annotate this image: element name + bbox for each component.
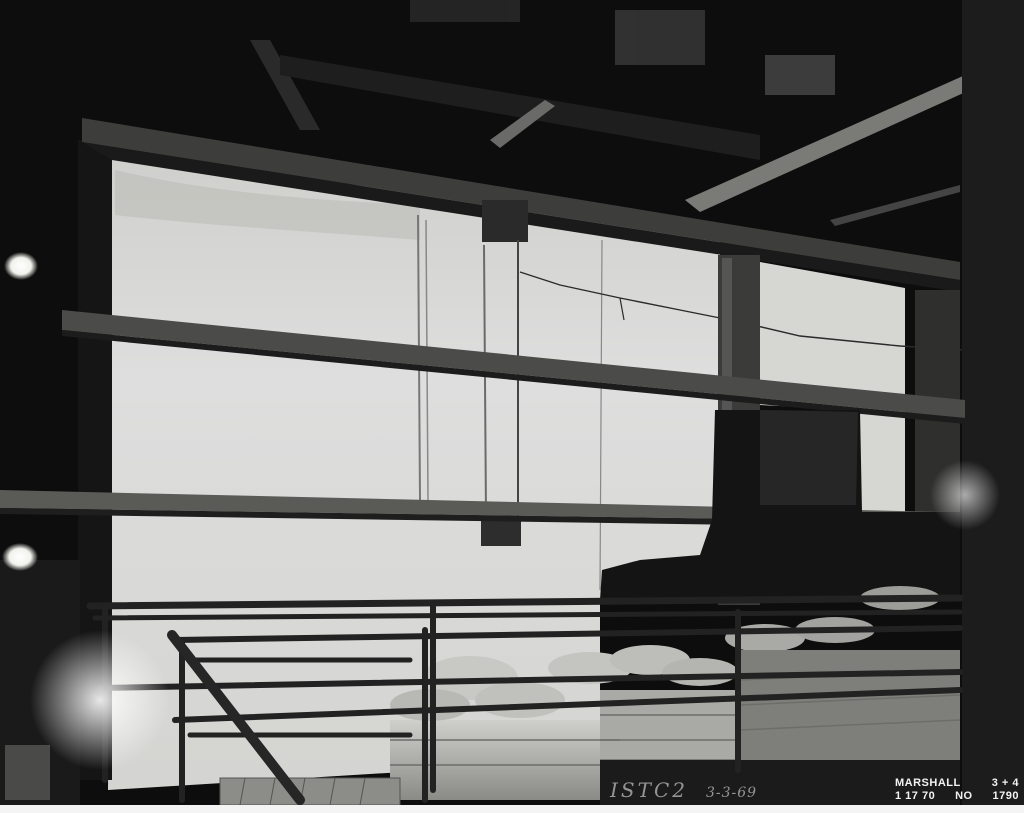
actuator	[482, 200, 528, 242]
lamp-upper	[4, 252, 38, 280]
load-cell	[481, 518, 521, 546]
photo-caption: MARSHALL 3 + 4 1 17 70 NO 1790	[895, 777, 1019, 803]
caption-date: 1 17 70	[895, 790, 935, 803]
right-column	[962, 0, 1024, 805]
caption-number: 1790	[993, 790, 1019, 803]
chalk-marking: ISTC23-3-69	[610, 778, 757, 802]
chalk-date: 3-3-69	[706, 785, 757, 801]
photo-scene	[0, 0, 1024, 805]
chalk-code: ISTC2	[610, 778, 688, 802]
print-border	[0, 805, 1024, 813]
caption-sheet: 3 + 4	[992, 777, 1019, 790]
floor	[220, 778, 400, 805]
caption-no-label: NO	[955, 790, 973, 803]
caption-location: MARSHALL	[895, 777, 961, 790]
lamp-lower	[2, 543, 38, 571]
archival-photograph: ISTC23-3-69 MARSHALL 3 + 4 1 17 70 NO 17…	[0, 0, 1024, 813]
